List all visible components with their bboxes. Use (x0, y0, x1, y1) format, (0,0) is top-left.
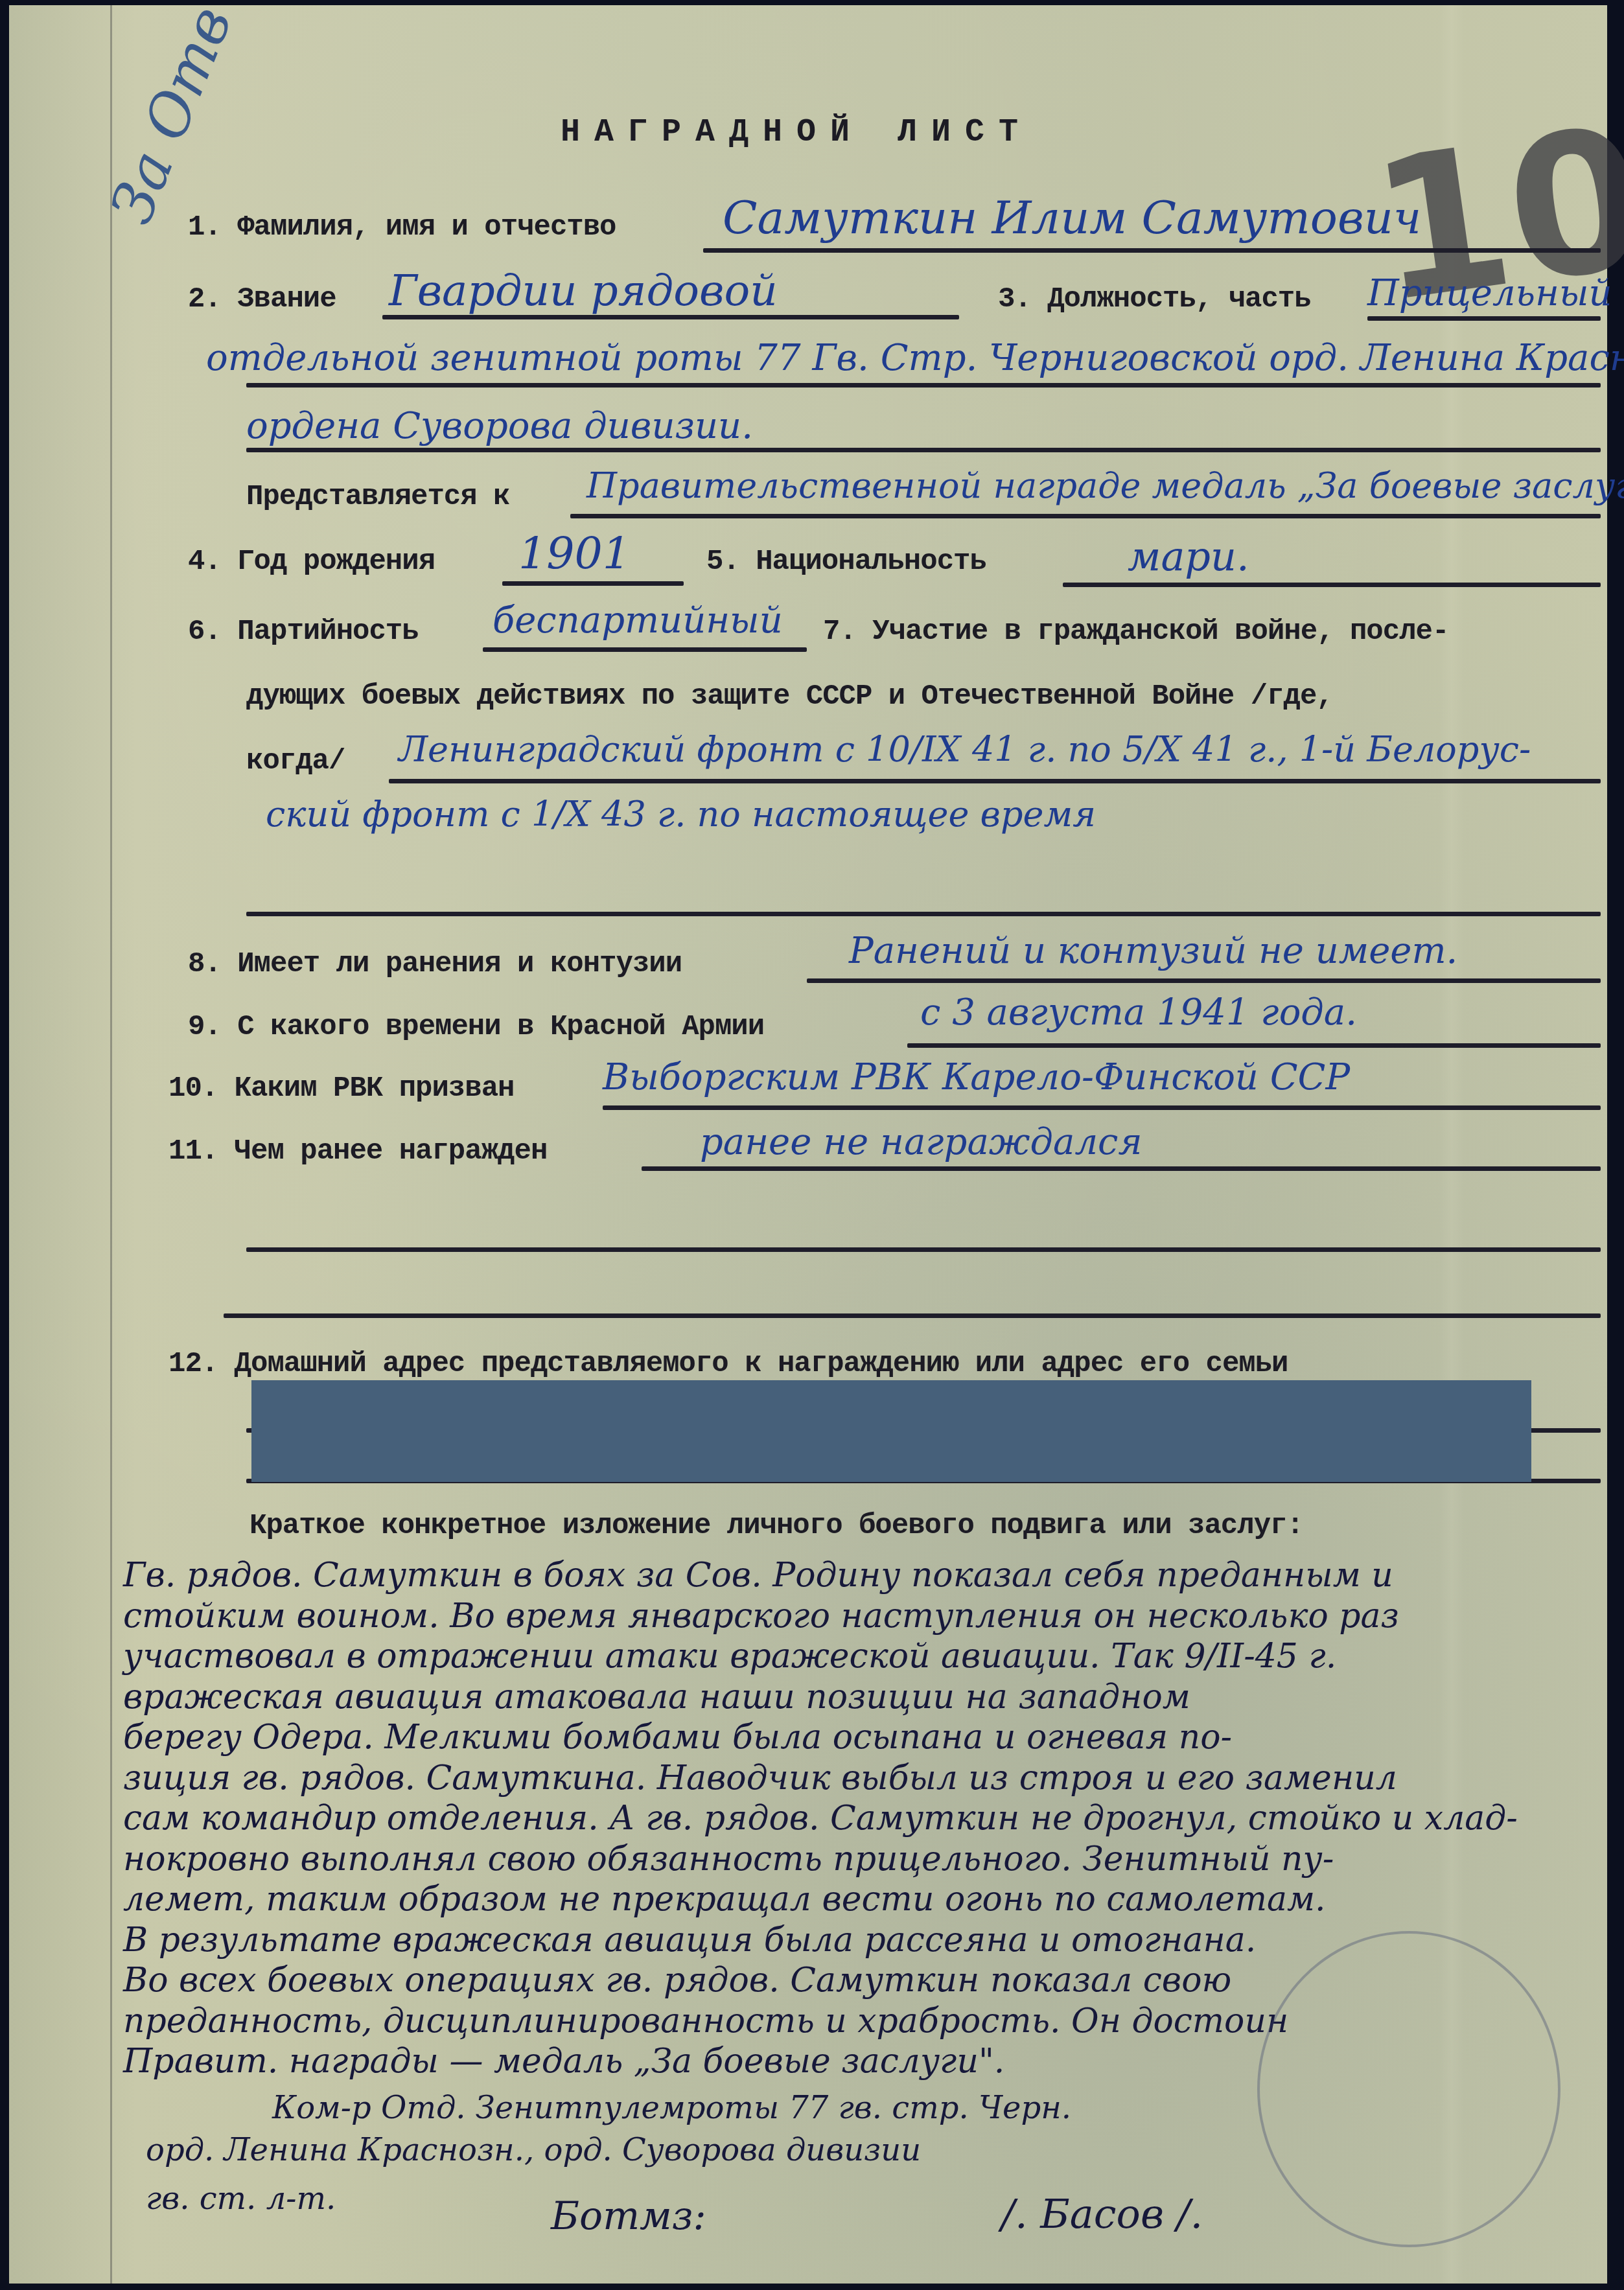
field-7-value-2: ский фронт с 1/X 43 г. по настоящее врем… (266, 794, 1096, 835)
field-11-rule (642, 1166, 1601, 1171)
field-7-rule-2 (246, 912, 1601, 916)
field-8-label: 8. Имеет ли ранения и контузии (188, 948, 682, 980)
field-6-label: 6. Партийность (188, 616, 419, 648)
narrative-line: лемет, таким образом не прекращал вести … (123, 1879, 1601, 1920)
narrative-line: стойким воином. Во время январского наст… (123, 1596, 1601, 1637)
narrative-line: вражеская авиация атаковала наши позиции… (123, 1677, 1601, 1718)
nominated-label: Представляется к (246, 481, 509, 513)
field-3-rule-3 (246, 448, 1601, 452)
field-11-label: 11. Чем ранее награжден (168, 1135, 547, 1168)
left-margin-line (110, 5, 112, 2284)
field-9-label: 9. С какого времени в Красной Армии (188, 1011, 764, 1043)
narrative-line: сам командир отделения. А гв. рядов. Сам… (123, 1798, 1601, 1839)
field-8-value: Ранений и контузий не имеет. (849, 930, 1457, 972)
narrative-line: участвовал в отражении атаки вражеской а… (123, 1636, 1601, 1677)
field-5-label: 5. Национальность (706, 546, 986, 578)
field-1-label: 1. Фамилия, имя и отчество (188, 211, 616, 244)
field-10-value: Выборгским РВК Карело-Финской ССР (603, 1056, 1350, 1098)
signature-line-2: орд. Ленина Краснозн., орд. Суворова див… (146, 2132, 921, 2168)
field-1-rule (703, 248, 1601, 253)
field-4-rule (502, 581, 684, 586)
field-11-rule-3 (224, 1313, 1601, 1318)
narrative-line: Гв. рядов. Самуткин в боях за Сов. Родин… (123, 1555, 1601, 1596)
signature-name: /. Басов /. (1001, 2190, 1203, 2238)
field-3-value-2: отдельной зенитной роты 77 Гв. Стр. Черн… (206, 337, 1624, 379)
field-6-rule (483, 647, 807, 652)
field-11-value: ранее не награждался (700, 1121, 1142, 1163)
field-6-value: беспартийный (493, 599, 783, 642)
narrative-line: нокровно выполнял свою обязанность прице… (123, 1839, 1601, 1880)
field-2-label: 2. Звание (188, 283, 336, 316)
nominated-rule (570, 514, 1601, 518)
signature-autograph: Ботмз: (551, 2193, 706, 2239)
field-12-label: 12. Домашний адрес представляемого к наг… (168, 1348, 1288, 1380)
field-3-value-1: Прицельный (1367, 272, 1612, 314)
field-7-label-2: дующих боевых действиях по защите СССР и… (246, 680, 1333, 713)
field-5-value: мари. (1128, 533, 1249, 580)
narrative-heading: Краткое конкретное изложение личного бое… (249, 1510, 1303, 1542)
field-9-value: с 3 августа 1941 года. (920, 991, 1357, 1034)
field-9-rule (907, 1043, 1601, 1048)
field-10-label: 10. Каким РВК призван (168, 1072, 515, 1105)
field-1-value: Самуткин Илим Самутович (723, 191, 1421, 244)
field-11-rule-2 (246, 1247, 1601, 1252)
narrative-line: зиция гв. рядов. Самуткина. Наводчик выб… (123, 1758, 1601, 1799)
field-2-rule (382, 315, 959, 319)
official-stamp (1257, 1931, 1560, 2247)
field-7-label-3: когда/ (246, 745, 345, 778)
nominated-value: Правительственной награде медаль „За бое… (586, 465, 1624, 506)
field-3-rule-2 (246, 383, 1601, 387)
field-3-rule-1 (1367, 316, 1601, 321)
field-2-value: Гвардии рядовой (389, 266, 778, 316)
field-4-value: 1901 (518, 528, 631, 579)
document-title: НАГРАДНОЙ ЛИСТ (561, 114, 1032, 151)
signature-line-1: Ком-р Отд. Зенитпулемроты 77 гв. стр. Че… (272, 2090, 1071, 2126)
field-7-rule-1 (389, 779, 1601, 783)
field-7-value-1: Ленинградский фронт с 10/IX 41 г. по 5/X… (399, 729, 1531, 770)
field-8-rule (807, 978, 1601, 983)
field-4-label: 4. Год рождения (188, 546, 435, 578)
narrative-line: берегу Одера. Мелкими бомбами была осыпа… (123, 1717, 1601, 1758)
field-10-rule (603, 1105, 1601, 1110)
field-3-label: 3. Должность, часть (998, 283, 1311, 316)
field-5-rule (1063, 583, 1601, 587)
redaction-box (251, 1380, 1531, 1482)
field-7-label-1: 7. Участие в гражданской войне, после- (823, 616, 1448, 648)
signature-line-3: гв. ст. л-т. (146, 2180, 336, 2217)
field-3-value-3: ордена Суворова дивизии. (246, 405, 753, 447)
